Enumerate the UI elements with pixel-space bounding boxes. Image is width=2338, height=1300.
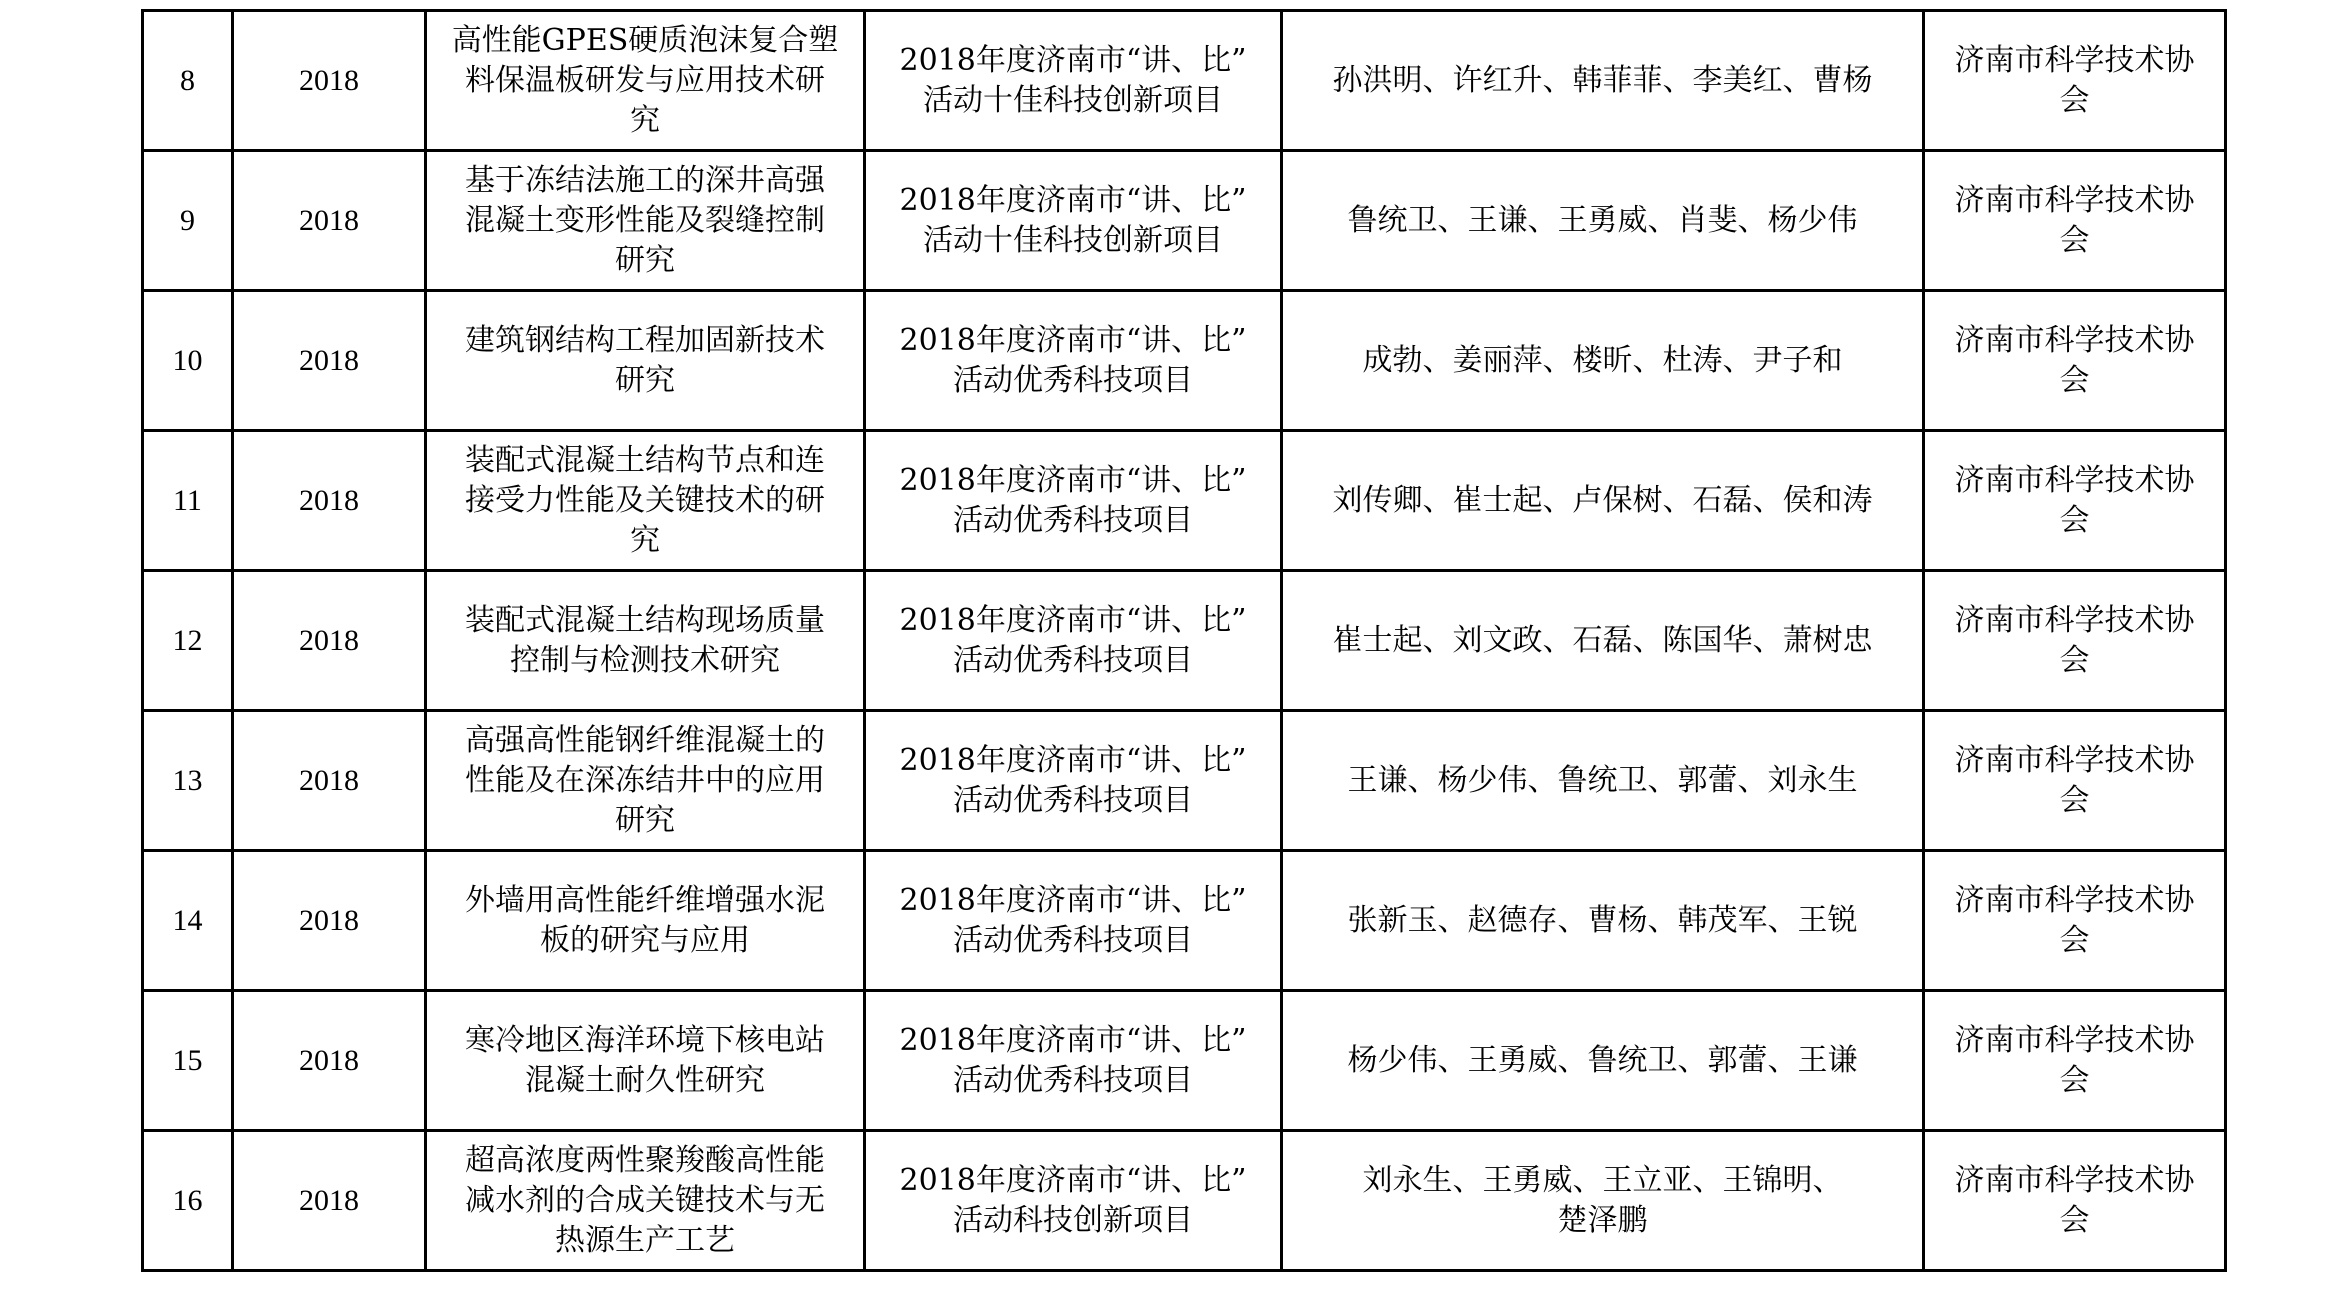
- award-name: 2018年度济南市“讲、比” 活动科技创新项目: [865, 1131, 1282, 1271]
- awarding-organization: 济南市科学技术协 会: [1924, 1131, 2226, 1271]
- table-row: 9 2018 基于冻结法施工的深井高强 混凝土变形性能及裂缝控制 研究 2018…: [143, 151, 2226, 291]
- award-name: 2018年度济南市“讲、比” 活动十佳科技创新项目: [865, 11, 1282, 151]
- table-row: 16 2018 超高浓度两性聚羧酸高性能 减水剂的合成关键技术与无 热源生产工艺…: [143, 1131, 2226, 1271]
- awarding-organization: 济南市科学技术协 会: [1924, 151, 2226, 291]
- participants: 刘传卿、崔士起、卢保树、石磊、侯和涛: [1282, 431, 1924, 571]
- project-name: 装配式混凝土结构节点和连 接受力性能及关键技术的研 究: [426, 431, 865, 571]
- awards-table-container: 8 2018 高性能GPES硬质泡沫复合塑 料保温板研发与应用技术研 究 201…: [141, 9, 2196, 1272]
- awarding-organization: 济南市科学技术协 会: [1924, 991, 2226, 1131]
- participants: 张新玉、赵德存、曹杨、韩茂军、王锐: [1282, 851, 1924, 991]
- table-row: 14 2018 外墙用高性能纤维增强水泥 板的研究与应用 2018年度济南市“讲…: [143, 851, 2226, 991]
- participants: 鲁统卫、王谦、王勇威、肖斐、杨少伟: [1282, 151, 1924, 291]
- participants: 崔士起、刘文政、石磊、陈国华、萧树忠: [1282, 571, 1924, 711]
- project-name: 高性能GPES硬质泡沫复合塑 料保温板研发与应用技术研 究: [426, 11, 865, 151]
- table-row: 15 2018 寒冷地区海洋环境下核电站 混凝土耐久性研究 2018年度济南市“…: [143, 991, 2226, 1131]
- row-index: 16: [143, 1131, 233, 1271]
- table-row: 13 2018 高强高性能钢纤维混凝土的 性能及在深冻结井中的应用 研究 201…: [143, 711, 2226, 851]
- awarding-organization: 济南市科学技术协 会: [1924, 11, 2226, 151]
- award-name: 2018年度济南市“讲、比” 活动优秀科技项目: [865, 431, 1282, 571]
- awarding-organization: 济南市科学技术协 会: [1924, 851, 2226, 991]
- award-year: 2018: [233, 151, 426, 291]
- awarding-organization: 济南市科学技术协 会: [1924, 711, 2226, 851]
- award-name: 2018年度济南市“讲、比” 活动优秀科技项目: [865, 711, 1282, 851]
- row-index: 8: [143, 11, 233, 151]
- project-name: 装配式混凝土结构现场质量 控制与检测技术研究: [426, 571, 865, 711]
- award-year: 2018: [233, 571, 426, 711]
- project-name: 建筑钢结构工程加固新技术 研究: [426, 291, 865, 431]
- award-name: 2018年度济南市“讲、比” 活动优秀科技项目: [865, 571, 1282, 711]
- row-index: 15: [143, 991, 233, 1131]
- project-name: 寒冷地区海洋环境下核电站 混凝土耐久性研究: [426, 991, 865, 1131]
- project-name: 超高浓度两性聚羧酸高性能 减水剂的合成关键技术与无 热源生产工艺: [426, 1131, 865, 1271]
- awarding-organization: 济南市科学技术协 会: [1924, 431, 2226, 571]
- awarding-organization: 济南市科学技术协 会: [1924, 571, 2226, 711]
- project-name: 高强高性能钢纤维混凝土的 性能及在深冻结井中的应用 研究: [426, 711, 865, 851]
- row-index: 11: [143, 431, 233, 571]
- row-index: 10: [143, 291, 233, 431]
- awards-table: 8 2018 高性能GPES硬质泡沫复合塑 料保温板研发与应用技术研 究 201…: [141, 9, 2227, 1272]
- project-name: 外墙用高性能纤维增强水泥 板的研究与应用: [426, 851, 865, 991]
- award-year: 2018: [233, 291, 426, 431]
- participants: 刘永生、王勇威、王立亚、王锦明、 楚泽鹏: [1282, 1131, 1924, 1271]
- row-index: 9: [143, 151, 233, 291]
- award-year: 2018: [233, 851, 426, 991]
- table-row: 8 2018 高性能GPES硬质泡沫复合塑 料保温板研发与应用技术研 究 201…: [143, 11, 2226, 151]
- award-year: 2018: [233, 1131, 426, 1271]
- award-year: 2018: [233, 431, 426, 571]
- participants: 杨少伟、王勇威、鲁统卫、郭蕾、王谦: [1282, 991, 1924, 1131]
- project-name: 基于冻结法施工的深井高强 混凝土变形性能及裂缝控制 研究: [426, 151, 865, 291]
- award-name: 2018年度济南市“讲、比” 活动优秀科技项目: [865, 851, 1282, 991]
- row-index: 12: [143, 571, 233, 711]
- award-name: 2018年度济南市“讲、比” 活动优秀科技项目: [865, 291, 1282, 431]
- table-row: 10 2018 建筑钢结构工程加固新技术 研究 2018年度济南市“讲、比” 活…: [143, 291, 2226, 431]
- awarding-organization: 济南市科学技术协 会: [1924, 291, 2226, 431]
- award-name: 2018年度济南市“讲、比” 活动十佳科技创新项目: [865, 151, 1282, 291]
- award-year: 2018: [233, 711, 426, 851]
- table-row: 11 2018 装配式混凝土结构节点和连 接受力性能及关键技术的研 究 2018…: [143, 431, 2226, 571]
- participants: 王谦、杨少伟、鲁统卫、郭蕾、刘永生: [1282, 711, 1924, 851]
- award-year: 2018: [233, 991, 426, 1131]
- row-index: 14: [143, 851, 233, 991]
- award-year: 2018: [233, 11, 426, 151]
- participants: 成勃、姜丽萍、楼昕、杜涛、尹子和: [1282, 291, 1924, 431]
- award-name: 2018年度济南市“讲、比” 活动优秀科技项目: [865, 991, 1282, 1131]
- row-index: 13: [143, 711, 233, 851]
- participants: 孙洪明、许红升、韩菲菲、李美红、曹杨: [1282, 11, 1924, 151]
- table-row: 12 2018 装配式混凝土结构现场质量 控制与检测技术研究 2018年度济南市…: [143, 571, 2226, 711]
